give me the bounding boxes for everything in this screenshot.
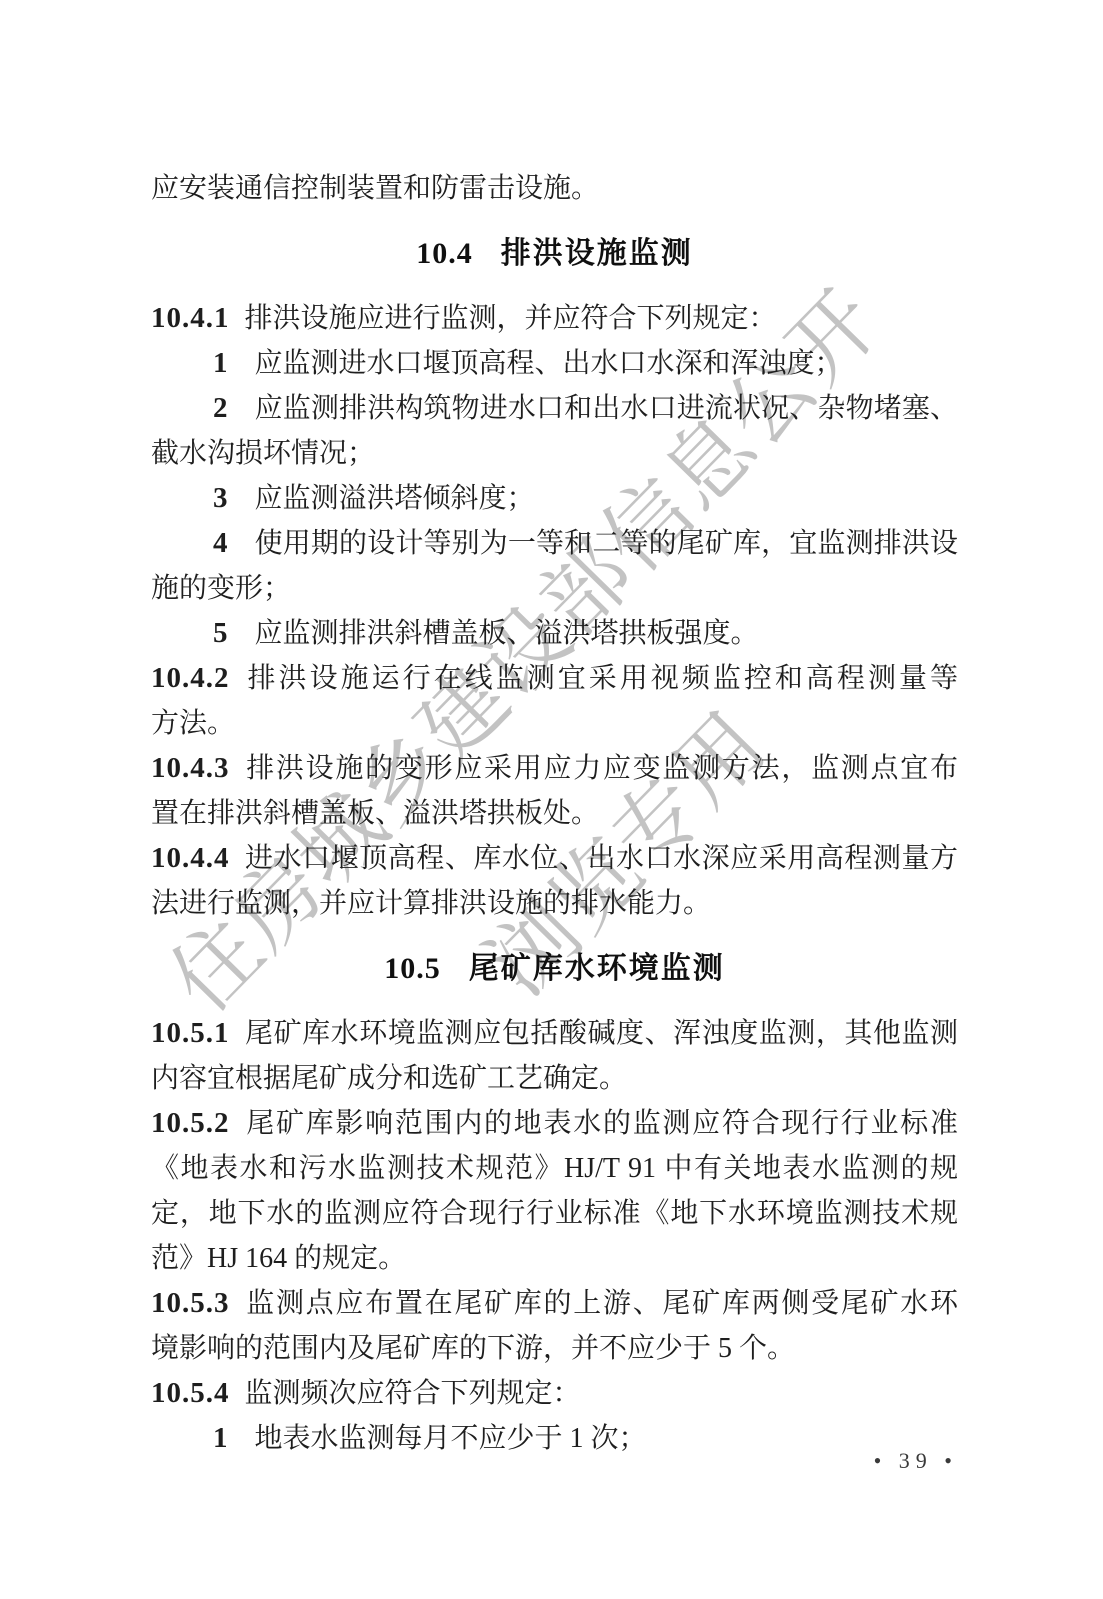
clause-number: 10.4.3 [151, 752, 230, 784]
clause-number: 10.5.4 [151, 1377, 230, 1409]
line-text: 应监测排洪斜槽盖板、溢洪塔拱板强度。 [255, 618, 759, 649]
line-text: 使用期的设计等别为一等和二等的尾矿库，宜监测排洪设 [255, 528, 959, 559]
heading-number: 10.5 [384, 952, 441, 985]
clause-number: 10.5.3 [151, 1287, 230, 1319]
list-item-line: 1应监测进水口堰顶高程、出水口水深和浑浊度； [151, 341, 958, 386]
list-item-line: 2应监测排洪构筑物进水口和出水口进流状况、杂物堵塞、 [151, 386, 958, 431]
clause-line: 10.5.2尾矿库影响范围内的地表水的监测应符合现行行业标准 [151, 1101, 958, 1146]
list-item-line: 5应监测排洪斜槽盖板、溢洪塔拱板强度。 [151, 611, 958, 656]
line-text: 排洪设施的变形应采用应力应变监测方法，监测点宜布 [245, 753, 959, 784]
line-text: 范》HJ 164 的规定。 [151, 1243, 406, 1274]
clause-line: 10.5.3监测点应布置在尾矿库的上游、尾矿库两侧受尾矿水环 [151, 1281, 958, 1326]
section-heading: 10.5尾矿库水环境监测 [151, 945, 958, 993]
line-text: 方法。 [151, 708, 235, 739]
line-text: 尾矿库影响范围内的地表水的监测应符合现行行业标准 [245, 1108, 959, 1139]
item-number: 2 [213, 392, 228, 424]
body-line: 定，地下水的监测应符合现行行业标准《地下水环境监测技术规 [151, 1191, 958, 1236]
body-line: 境影响的范围内及尾矿库的下游，并不应少于 5 个。 [151, 1326, 958, 1371]
section-heading: 10.4排洪设施监测 [151, 230, 958, 278]
body-line: 施的变形； [151, 566, 958, 611]
document-page: 住房城乡建设部信息公开 浏览专用 应安装通信控制装置和防雷击设施。10.4排洪设… [0, 0, 1103, 1599]
body-line: 法进行监测，并应计算排洪设施的排水能力。 [151, 881, 958, 926]
heading-title: 尾矿库水环境监测 [469, 952, 725, 985]
line-text: 应监测溢洪塔倾斜度； [255, 483, 535, 514]
list-item-line: 4使用期的设计等别为一等和二等的尾矿库，宜监测排洪设 [151, 521, 958, 566]
body-line: 截水沟损坏情况； [151, 431, 958, 476]
page-number: • 39 • [151, 1448, 972, 1474]
clause-line: 10.4.2排洪设施运行在线监测宜采用视频监控和高程测量等 [151, 656, 958, 701]
heading-title: 排洪设施监测 [501, 237, 693, 270]
item-number: 5 [213, 617, 228, 649]
line-text: 截水沟损坏情况； [151, 438, 375, 469]
document-body: 应安装通信控制装置和防雷击设施。10.4排洪设施监测10.4.1排洪设施应进行监… [151, 166, 958, 1461]
clause-number: 10.4.2 [151, 662, 230, 694]
line-text: 施的变形； [151, 573, 291, 604]
body-line: 置在排洪斜槽盖板、溢洪塔拱板处。 [151, 791, 958, 836]
line-text: 排洪设施运行在线监测宜采用视频监控和高程测量等 [245, 663, 959, 694]
body-line: 范》HJ 164 的规定。 [151, 1236, 958, 1281]
clause-number: 10.4.1 [151, 302, 230, 334]
line-text: 应监测排洪构筑物进水口和出水口进流状况、杂物堵塞、 [255, 393, 959, 424]
clause-line: 10.5.1尾矿库水环境监测应包括酸碱度、浑浊度监测，其他监测 [151, 1011, 958, 1056]
line-text: 内容宜根据尾矿成分和选矿工艺确定。 [151, 1063, 627, 1094]
heading-number: 10.4 [416, 237, 473, 270]
line-text: 境影响的范围内及尾矿库的下游，并不应少于 5 个。 [151, 1333, 795, 1364]
line-text: 尾矿库水环境监测应包括酸碱度、浑浊度监测，其他监测 [245, 1018, 959, 1049]
item-number: 3 [213, 482, 228, 514]
line-text: 监测点应布置在尾矿库的上游、尾矿库两侧受尾矿水环 [245, 1288, 959, 1319]
clause-number: 10.4.4 [151, 842, 230, 874]
line-text: 《地表水和污水监测技术规范》HJ/T 91 中有关地表水监测的规 [151, 1153, 958, 1184]
clause-number: 10.5.2 [151, 1107, 230, 1139]
item-number: 4 [213, 527, 228, 559]
body-line: 应安装通信控制装置和防雷击设施。 [151, 166, 958, 211]
item-number: 1 [213, 347, 228, 379]
line-text: 进水口堰顶高程、库水位、出水口水深应采用高程测量方 [245, 843, 959, 874]
line-text: 定，地下水的监测应符合现行行业标准《地下水环境监测技术规 [151, 1198, 958, 1229]
line-text: 法进行监测，并应计算排洪设施的排水能力。 [151, 888, 711, 919]
body-line: 内容宜根据尾矿成分和选矿工艺确定。 [151, 1056, 958, 1101]
body-line: 方法。 [151, 701, 958, 746]
line-text: 排洪设施应进行监测，并应符合下列规定： [245, 303, 777, 334]
line-text: 监测频次应符合下列规定： [245, 1378, 581, 1409]
line-text: 应安装通信控制装置和防雷击设施。 [151, 173, 599, 204]
line-text: 置在排洪斜槽盖板、溢洪塔拱板处。 [151, 798, 599, 829]
clause-line: 10.4.1排洪设施应进行监测，并应符合下列规定： [151, 296, 958, 341]
line-text: 应监测进水口堰顶高程、出水口水深和浑浊度； [255, 348, 843, 379]
clause-number: 10.5.1 [151, 1017, 230, 1049]
clause-line: 10.4.3排洪设施的变形应采用应力应变监测方法，监测点宜布 [151, 746, 958, 791]
clause-line: 10.5.4监测频次应符合下列规定： [151, 1371, 958, 1416]
list-item-line: 3应监测溢洪塔倾斜度； [151, 476, 958, 521]
clause-line: 10.4.4进水口堰顶高程、库水位、出水口水深应采用高程测量方 [151, 836, 958, 881]
body-line: 《地表水和污水监测技术规范》HJ/T 91 中有关地表水监测的规 [151, 1146, 958, 1191]
